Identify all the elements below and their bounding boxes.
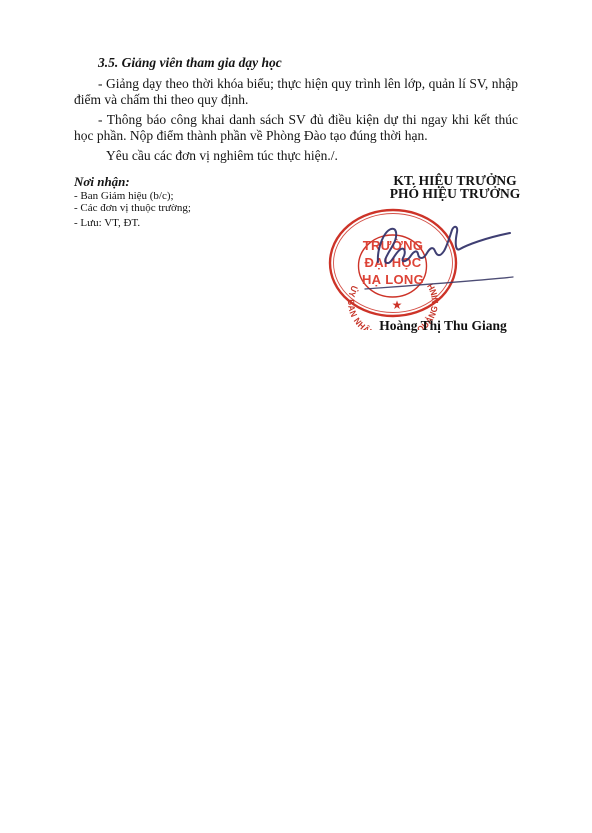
closing-request-line: Yêu cầu các đơn vị nghiêm túc thực hiện.… xyxy=(74,148,518,164)
stamp-star-icon: ★ xyxy=(392,298,403,312)
document-page: 3.5. Giảng viên tham gia dạy học - Giảng… xyxy=(0,0,592,833)
paragraph-exam-announcement: - Thông báo công khai danh sách SV đủ đi… xyxy=(74,112,518,144)
recipients-block: Nơi nhận: - Ban Giám hiệu (b/c); - Các đ… xyxy=(74,175,274,230)
signoff-title-block: KT. HIỆU TRƯỞNG PHÓ HIỆU TRƯỞNG xyxy=(345,174,565,200)
signoff-title-line2: PHÓ HIỆU TRƯỞNG xyxy=(345,187,565,200)
recipient-item: - Lưu: VT, ĐT. xyxy=(74,218,274,230)
document-body: 3.5. Giảng viên tham gia dạy học - Giảng… xyxy=(0,0,592,164)
stamp-signature-svg: ỦY BAN NHÂN DÂN TỈNH QUẢNG NINH TRƯỜNG Đ… xyxy=(325,200,585,330)
official-stamp-and-signature: ỦY BAN NHÂN DÂN TỈNH QUẢNG NINH TRƯỜNG Đ… xyxy=(325,200,585,330)
signer-name: Hoàng Thị Thu Giang xyxy=(333,318,553,334)
recipients-label: Nơi nhận: xyxy=(74,175,274,189)
section-heading: 3.5. Giảng viên tham gia dạy học xyxy=(74,55,518,71)
recipient-item: - Ban Giám hiệu (b/c); xyxy=(74,191,274,203)
paragraph-teaching-duties: - Giảng dạy theo thời khóa biểu; thực hi… xyxy=(74,76,518,108)
recipient-item: - Các đơn vị thuộc trường; xyxy=(74,203,274,215)
